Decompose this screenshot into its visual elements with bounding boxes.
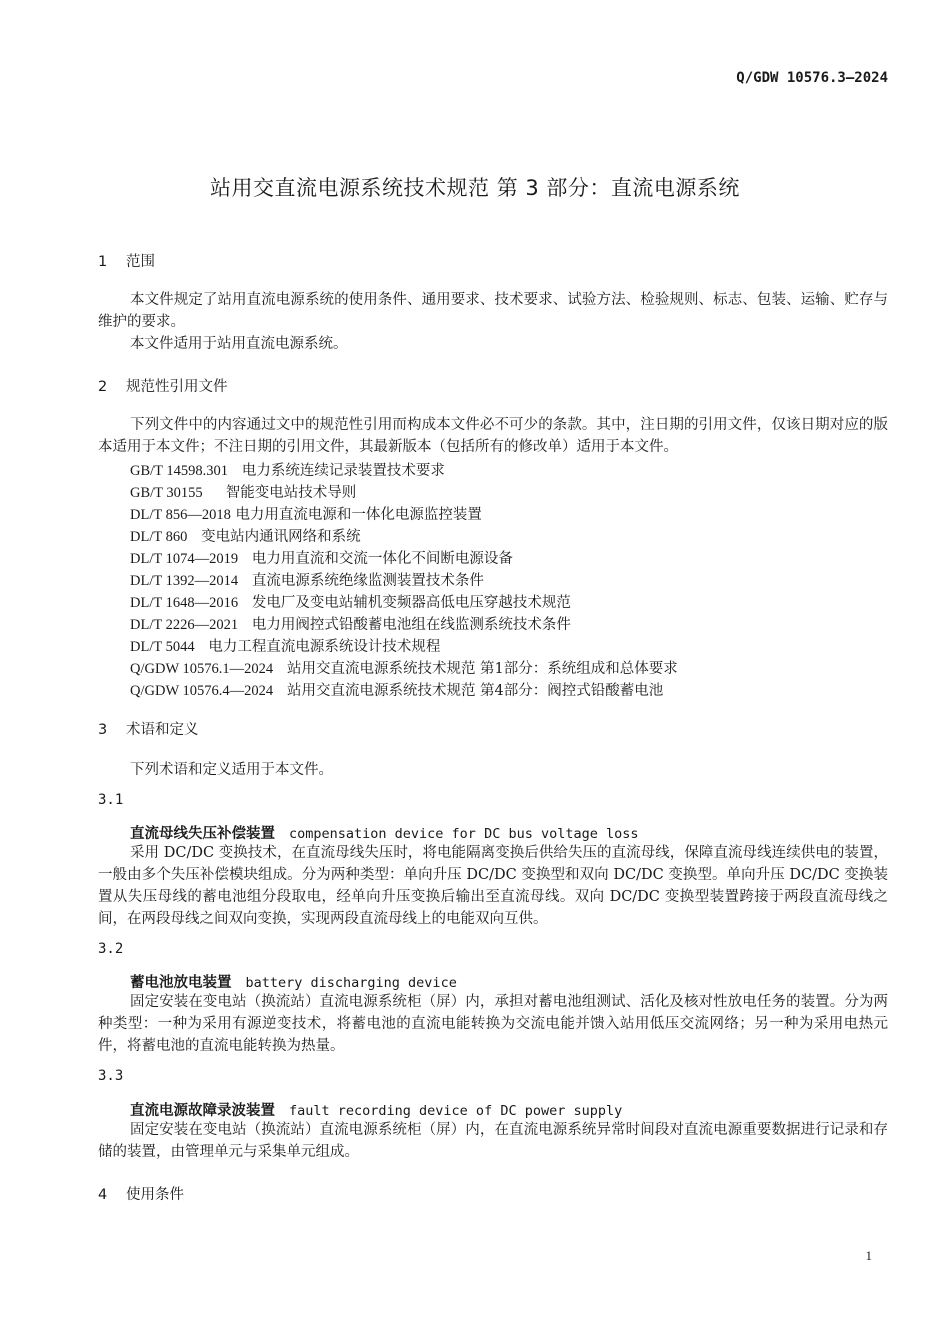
reference-code: Q/GDW 10576.1—2024 xyxy=(130,661,273,677)
term-chinese: 直流母线失压补偿装置 xyxy=(130,826,275,842)
term-chinese: 直流电源故障录波装置 xyxy=(130,1103,275,1119)
reference-title: 站用交直流电源系统技术规范 第1部分：系统组成和总体要求 xyxy=(287,661,678,677)
reference-title: 电力系统连续记录装置技术要求 xyxy=(242,463,445,479)
section-4-heading: 4使用条件 xyxy=(98,1183,184,1204)
term-english: fault recording device of DC power suppl… xyxy=(289,1103,622,1119)
reference-title: 站用交直流电源系统技术规范 第4部分：阀控式铅酸蓄电池 xyxy=(287,683,663,699)
section-title: 规范性引用文件 xyxy=(126,379,228,395)
document-page: Q/GDW 10576.3—2024 站用交直流电源系统技术规范 第 3 部分：… xyxy=(0,0,950,1343)
section-3-intro: 下列术语和定义适用于本文件。 xyxy=(98,759,888,781)
paragraph: 固定安装在变电站（换流站）直流电源系统柜（屏）内，承担对蓄电池组测试、活化及核对… xyxy=(98,991,888,1057)
term-name: 直流母线失压补偿装置compensation device for DC bus… xyxy=(130,822,639,843)
reference-title: 电力用直流电源和一体化电源监控装置 xyxy=(235,507,482,523)
section-title: 范围 xyxy=(126,254,155,270)
reference-code: DL/T 1392—2014 xyxy=(130,573,238,589)
term-definition: 固定安装在变电站（换流站）直流电源系统柜（屏）内，在直流电源系统异常时间段对直流… xyxy=(98,1119,888,1163)
reference-title: 发电厂及变电站辅机变频器高低电压穿越技术规范 xyxy=(252,595,571,611)
reference-code: DL/T 5044 xyxy=(130,639,195,655)
reference-item: Q/GDW 10576.1—2024 站用交直流电源系统技术规范 第1部分：系统… xyxy=(130,657,678,678)
section-1-body: 本文件规定了站用直流电源系统的使用条件、通用要求、技术要求、试验方法、检验规则、… xyxy=(98,289,888,355)
paragraph: 下列术语和定义适用于本文件。 xyxy=(98,759,888,781)
term-chinese: 蓄电池放电装置 xyxy=(130,975,232,991)
term-english: battery discharging device xyxy=(246,975,457,991)
reference-code: DL/T 1648—2016 xyxy=(130,595,238,611)
reference-title: 智能变电站技术导则 xyxy=(226,485,357,501)
document-title: 站用交直流电源系统技术规范 第 3 部分：直流电源系统 xyxy=(0,172,950,202)
paragraph: 本文件适用于站用直流电源系统。 xyxy=(98,333,888,355)
standard-code: Q/GDW 10576.3—2024 xyxy=(736,70,888,86)
section-title: 使用条件 xyxy=(126,1187,184,1203)
reference-item: DL/T 1074—2019 电力用直流和交流一体化不间断电源设备 xyxy=(130,547,513,568)
paragraph: 本文件规定了站用直流电源系统的使用条件、通用要求、技术要求、试验方法、检验规则、… xyxy=(98,289,888,333)
section-2-heading: 2规范性引用文件 xyxy=(98,375,228,396)
reference-item: GB/T 30155 智能变电站技术导则 xyxy=(130,481,356,502)
section-2-intro: 下列文件中的内容通过文中的规范性引用而构成本文件必不可少的条款。其中，注日期的引… xyxy=(98,414,888,458)
section-1-heading: 1范围 xyxy=(98,250,155,271)
reference-code: GB/T 30155 xyxy=(130,485,203,501)
term-number: 3.3 xyxy=(98,1068,123,1084)
reference-item: DL/T 856—2018 电力用直流电源和一体化电源监控装置 xyxy=(130,503,482,524)
reference-title: 变电站内通讯网络和系统 xyxy=(201,529,361,545)
term-definition: 采用 DC/DC 变换技术，在直流母线失压时，将电能隔离变换后供给失压的直流母线… xyxy=(98,842,888,930)
reference-title: 电力工程直流电源系统设计技术规程 xyxy=(208,639,440,655)
term-name: 直流电源故障录波装置fault recording device of DC p… xyxy=(130,1099,622,1120)
reference-item: DL/T 860 变电站内通讯网络和系统 xyxy=(130,525,361,546)
reference-item: DL/T 1392—2014 直流电源系统绝缘监测装置技术条件 xyxy=(130,569,484,590)
reference-item: DL/T 2226—2021 电力用阀控式铅酸蓄电池组在线监测系统技术条件 xyxy=(130,613,571,634)
reference-title: 直流电源系统绝缘监测装置技术条件 xyxy=(252,573,484,589)
section-number: 3 xyxy=(98,722,126,738)
reference-item: Q/GDW 10576.4—2024 站用交直流电源系统技术规范 第4部分：阀控… xyxy=(130,679,663,700)
section-number: 1 xyxy=(98,254,126,270)
reference-code: DL/T 856—2018 xyxy=(130,507,231,523)
paragraph: 采用 DC/DC 变换技术，在直流母线失压时，将电能隔离变换后供给失压的直流母线… xyxy=(98,842,888,930)
section-number: 2 xyxy=(98,379,126,395)
reference-code: DL/T 2226—2021 xyxy=(130,617,238,633)
reference-code: Q/GDW 10576.4—2024 xyxy=(130,683,273,699)
reference-title: 电力用直流和交流一体化不间断电源设备 xyxy=(252,551,513,567)
section-title: 术语和定义 xyxy=(126,722,199,738)
term-number: 3.2 xyxy=(98,941,123,957)
section-3-heading: 3术语和定义 xyxy=(98,718,199,739)
reference-item: DL/T 1648—2016 发电厂及变电站辅机变频器高低电压穿越技术规范 xyxy=(130,591,571,612)
term-english: compensation device for DC bus voltage l… xyxy=(289,826,639,842)
term-name: 蓄电池放电装置battery discharging device xyxy=(130,971,457,992)
section-number: 4 xyxy=(98,1187,126,1203)
reference-item: GB/T 14598.301 电力系统连续记录装置技术要求 xyxy=(130,459,445,480)
paragraph: 固定安装在变电站（换流站）直流电源系统柜（屏）内，在直流电源系统异常时间段对直流… xyxy=(98,1119,888,1163)
term-definition: 固定安装在变电站（换流站）直流电源系统柜（屏）内，承担对蓄电池组测试、活化及核对… xyxy=(98,991,888,1057)
page-number: 1 xyxy=(866,1248,873,1264)
paragraph: 下列文件中的内容通过文中的规范性引用而构成本文件必不可少的条款。其中，注日期的引… xyxy=(98,414,888,458)
reference-item: DL/T 5044 电力工程直流电源系统设计技术规程 xyxy=(130,635,440,656)
term-number: 3.1 xyxy=(98,792,123,808)
reference-title: 电力用阀控式铅酸蓄电池组在线监测系统技术条件 xyxy=(252,617,571,633)
reference-code: GB/T 14598.301 xyxy=(130,463,228,479)
reference-code: DL/T 1074—2019 xyxy=(130,551,238,567)
reference-code: DL/T 860 xyxy=(130,529,187,545)
